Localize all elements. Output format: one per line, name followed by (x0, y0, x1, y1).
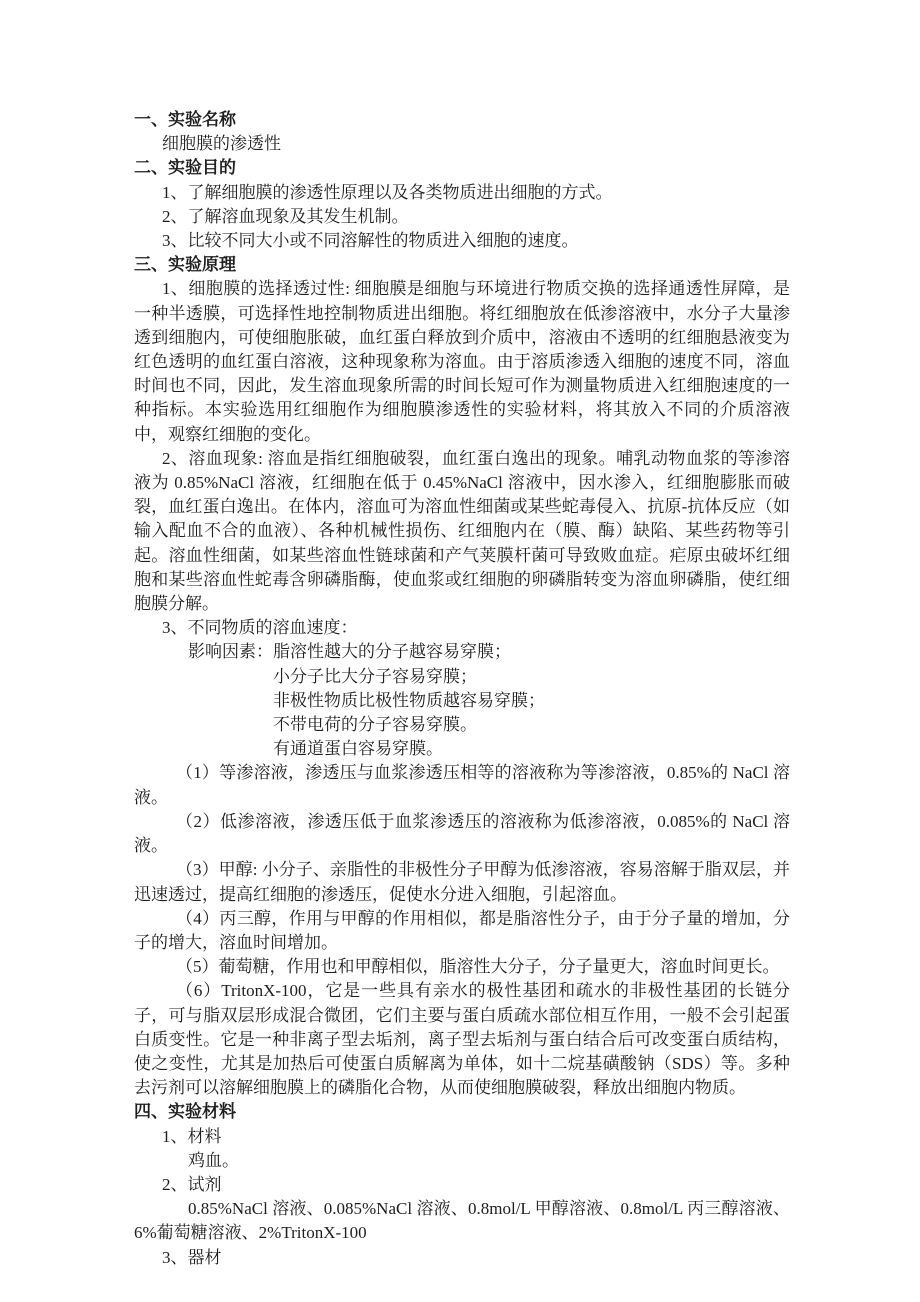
materials-item-1-body: 鸡血。 (134, 1149, 790, 1173)
purpose-item-3: 3、比较不同大小或不同溶解性的物质进入细胞的速度。 (134, 229, 790, 253)
factor-line-4: 不带电荷的分子容易穿膜。 (134, 713, 790, 737)
factor-line-2: 小分子比大分子容易穿膜； (134, 665, 790, 689)
factors-first-line: 影响因素：脂溶性越大的分子越容易穿膜； (134, 640, 790, 664)
materials-item-2-body: 0.85%NaCl 溶液、0.085%NaCl 溶液、0.8mol/L 甲醇溶液… (134, 1197, 790, 1245)
factor-line-1: 脂溶性越大的分子越容易穿膜； (273, 642, 511, 661)
point-paragraph-5: （5）葡萄糖，作用也和甲醇相似，脂溶性大分子，分子量更大，溶血时间更长。 (134, 955, 790, 979)
section-2-heading: 二、实验目的 (134, 156, 790, 180)
point-paragraph-6: （6）TritonX-100，它是一些具有亲水的极性基团和疏水的非极性基团的长链… (134, 979, 790, 1100)
factors-label: 影响因素： (188, 642, 273, 661)
factor-line-5: 有通道蛋白容易穿膜。 (134, 737, 790, 761)
principle-paragraph-1: 1、细胞膜的选择透过性: 细胞膜是细胞与环境进行物质交换的选择通透性屏障，是一种… (134, 277, 790, 446)
purpose-item-2: 2、了解溶血现象及其发生机制。 (134, 205, 790, 229)
section-4-heading: 四、实验材料 (134, 1100, 790, 1124)
materials-item-1-title: 1、材料 (134, 1125, 790, 1149)
section-3-heading: 三、实验原理 (134, 253, 790, 277)
experiment-name: 细胞膜的渗透性 (134, 132, 790, 156)
point-paragraph-2: （2）低渗溶液，渗透压低于血浆渗透压的溶液称为低渗溶液，0.085%的 NaCl… (134, 810, 790, 858)
materials-item-3-title: 3、器材 (134, 1246, 790, 1270)
purpose-item-1: 1、了解细胞膜的渗透性原理以及各类物质进出细胞的方式。 (134, 181, 790, 205)
principle-paragraph-2: 2、溶血现象: 溶血是指红细胞破裂，血红蛋白逸出的现象。哺乳动物血浆的等渗溶液为… (134, 447, 790, 616)
point-paragraph-1: （1）等渗溶液，渗透压与血浆渗透压相等的溶液称为等渗溶液，0.85%的 NaCl… (134, 761, 790, 809)
point-paragraph-4: （4）丙三醇，作用与甲醇的作用相似，都是脂溶性分子，由于分子量的增加，分子的增大… (134, 907, 790, 955)
principle-paragraph-3-title: 3、不同物质的溶血速度： (134, 616, 790, 640)
section-1-heading: 一、实验名称 (134, 108, 790, 132)
document-page: 一、实验名称 细胞膜的渗透性 二、实验目的 1、了解细胞膜的渗透性原理以及各类物… (0, 0, 920, 1302)
factor-line-3: 非极性物质比极性物质越容易穿膜； (134, 689, 790, 713)
point-paragraph-3: （3）甲醇: 小分子、亲脂性的非极性分子甲醇为低渗溶液，容易溶解于脂双层，并迅速… (134, 858, 790, 906)
materials-item-2-title: 2、试剂 (134, 1173, 790, 1197)
